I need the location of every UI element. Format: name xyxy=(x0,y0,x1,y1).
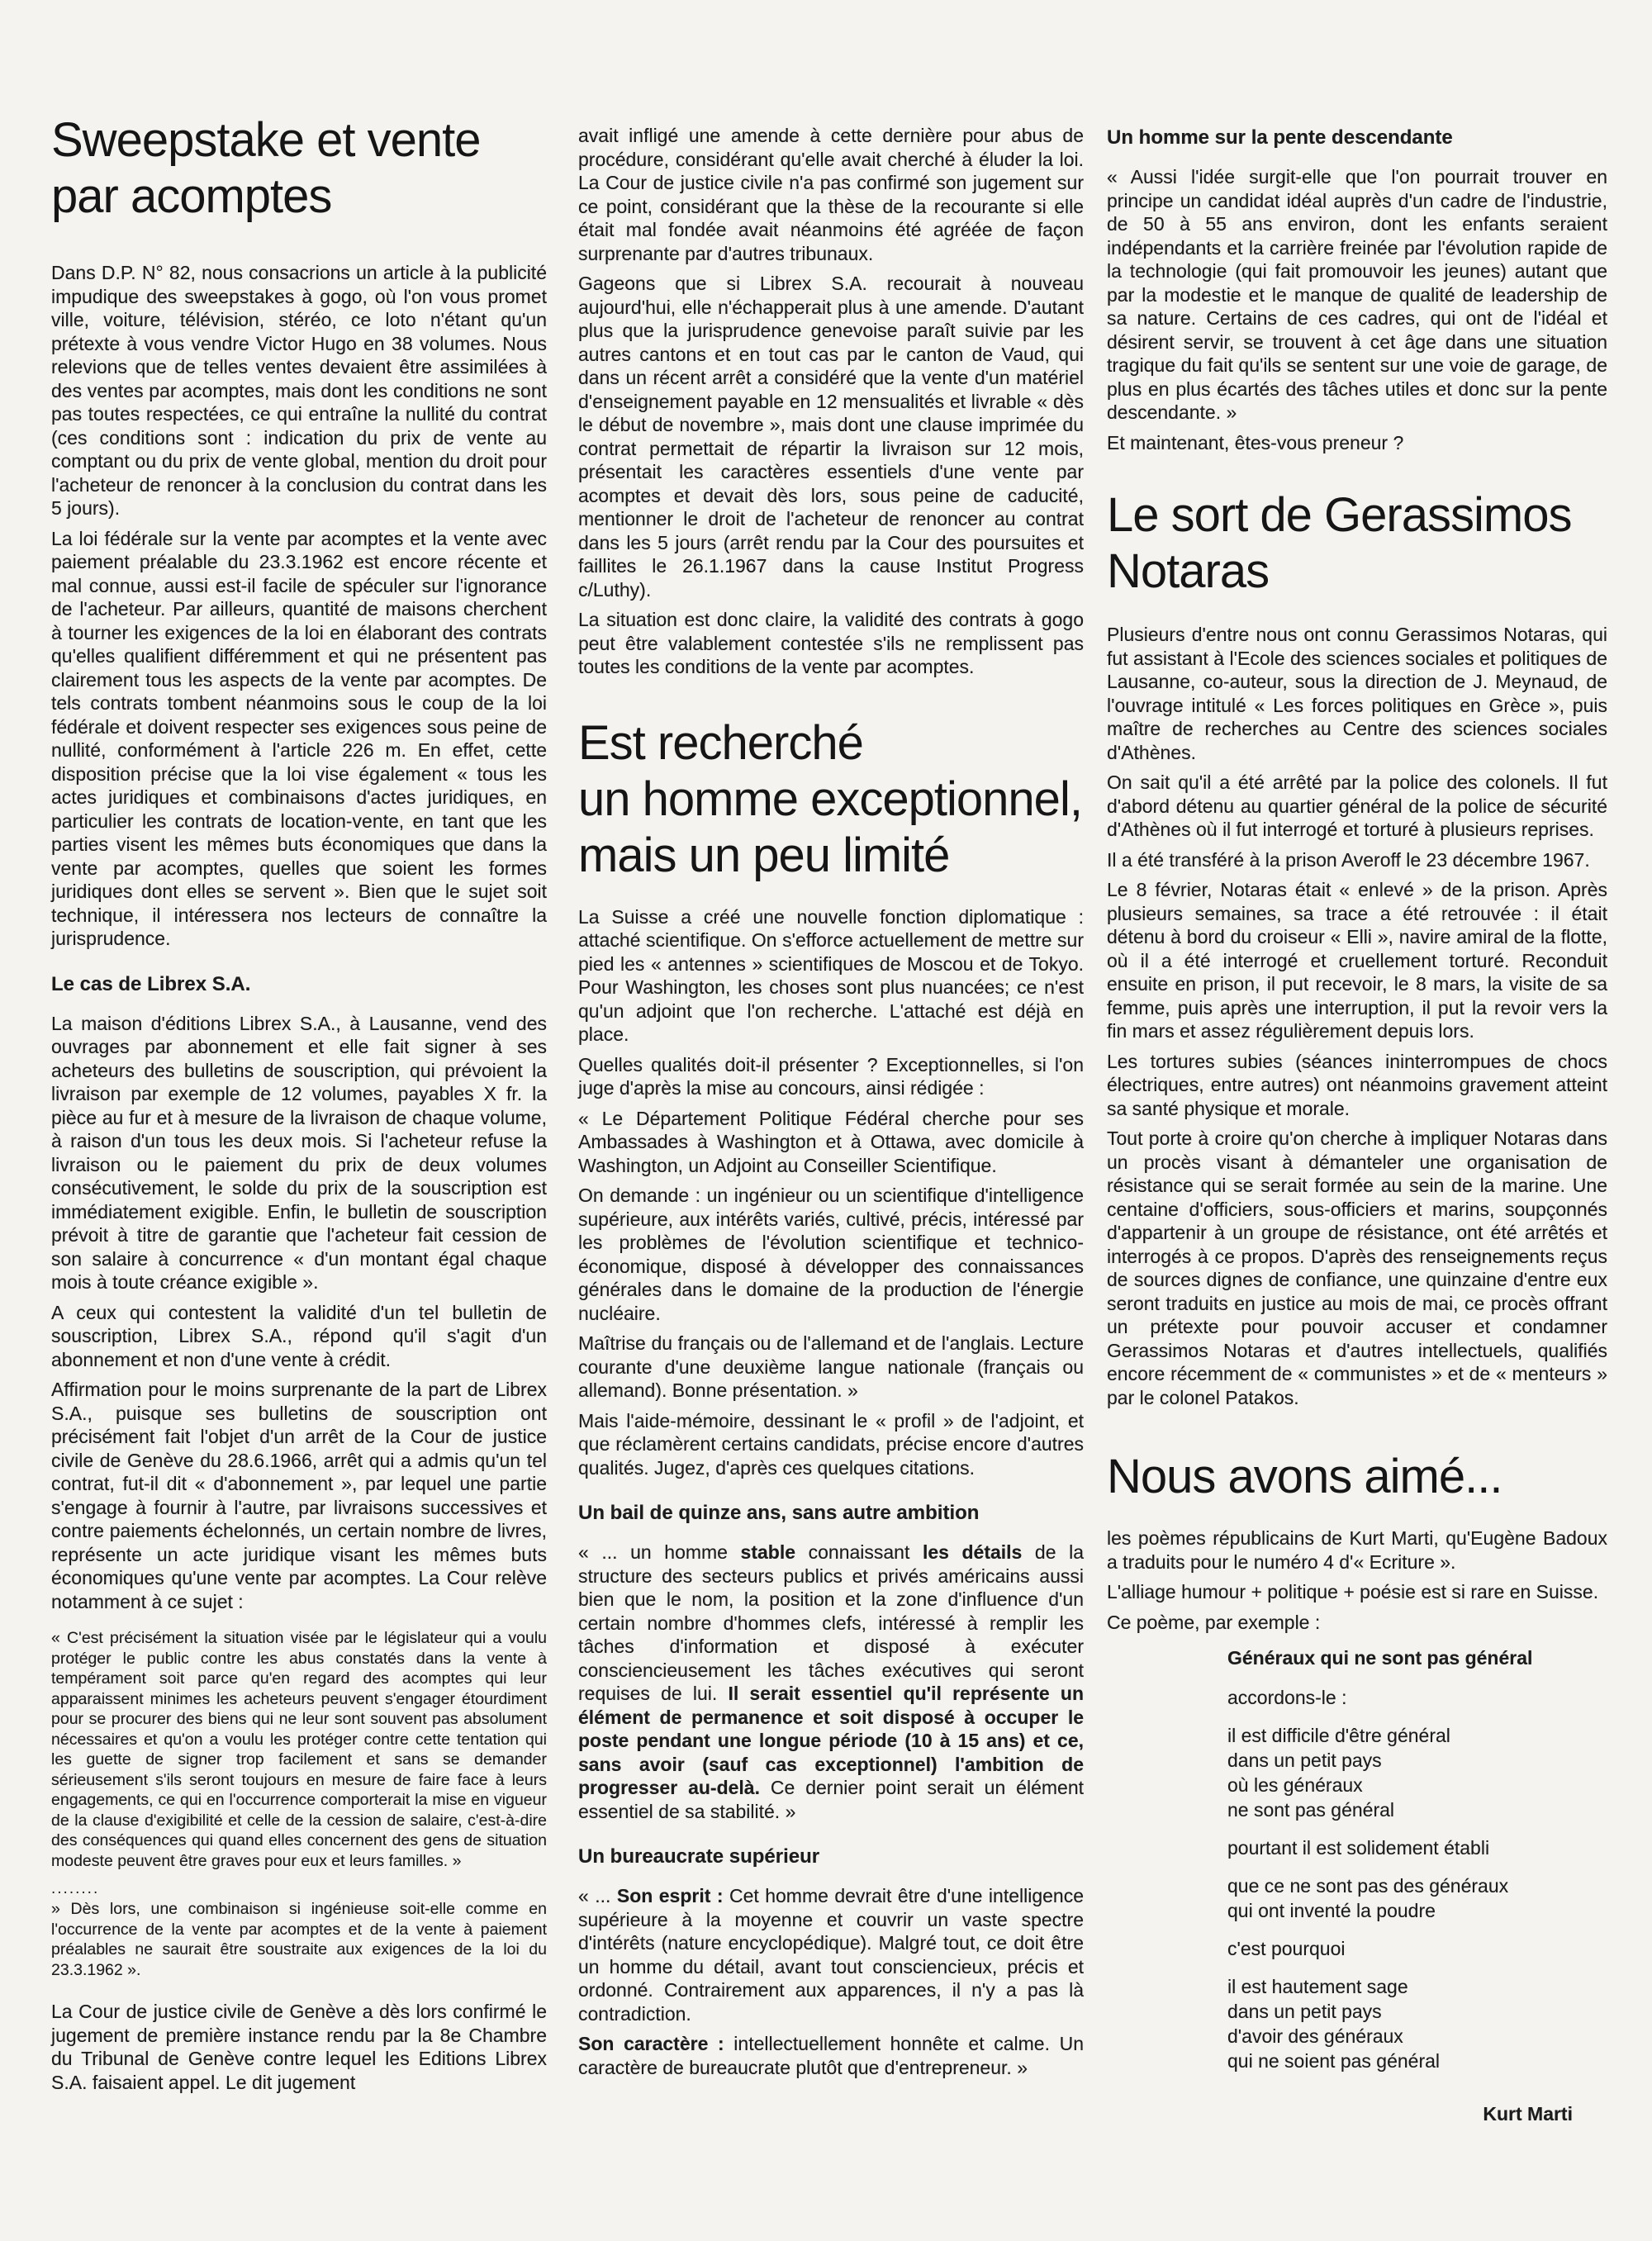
poem-line: c'est pourquoi xyxy=(1227,1936,1607,1961)
subhead-cas-librex: Le cas de Librex S.A. xyxy=(51,972,547,997)
poem-title: Généraux qui ne sont pas général xyxy=(1227,1645,1607,1670)
paragraph: Dans D.P. N° 82, nous consacrions un art… xyxy=(51,261,547,520)
poem-author: Kurt Marti xyxy=(1107,2103,1573,2125)
poem-line: qui ont inventé la poudre xyxy=(1227,1898,1607,1923)
dotted-rule: ........ xyxy=(51,1881,547,1897)
poem-line: il est difficile d'être général xyxy=(1227,1723,1607,1748)
paragraph: les poèmes républicains de Kurt Marti, q… xyxy=(1107,1526,1607,1574)
paragraph: Tout porte à croire qu'on cherche à impl… xyxy=(1107,1127,1607,1409)
paragraph: « Le Département Politique Fédéral cherc… xyxy=(578,1107,1084,1178)
paragraph: La maison d'éditions Librex S.A., à Laus… xyxy=(51,1012,547,1294)
paragraph: Plusieurs d'entre nous ont connu Gerassi… xyxy=(1107,623,1607,764)
poem-stanza: pourtant il est solidement établi xyxy=(1227,1835,1607,1860)
quote-paragraph: « ... un homme stable connaissant les dé… xyxy=(578,1541,1084,1823)
poem-stanza: accordons-le : xyxy=(1227,1685,1607,1710)
paragraph: A ceux qui contestent la validité d'un t… xyxy=(51,1301,547,1372)
quote-paragraph: « ... Son esprit : Cet homme devrait êtr… xyxy=(578,1884,1084,2025)
poem-line: accordons-le : xyxy=(1227,1685,1607,1710)
poem-line: d'avoir des généraux xyxy=(1227,2024,1607,2049)
paragraph: Ce poème, par exemple : xyxy=(1107,1611,1607,1635)
headline-nous-avons-aime: Nous avons aimé... xyxy=(1107,1449,1607,1505)
poem-line: que ce ne sont pas des généraux xyxy=(1227,1873,1607,1898)
column-2: avait infligé une amende à cette dernièr… xyxy=(578,124,1084,2086)
paragraph: On sait qu'il a été arrêté par la police… xyxy=(1107,771,1607,842)
headline-sweepstake: Sweepstake et vente par acomptes xyxy=(51,112,547,225)
paragraph: Mais l'aide-mémoire, dessinant le « prof… xyxy=(578,1409,1084,1480)
poem-stanza: il est difficile d'être général dans un … xyxy=(1227,1723,1607,1822)
paragraph: Quelles qualités doit-il présenter ? Exc… xyxy=(578,1053,1084,1100)
poem-line: ne sont pas général xyxy=(1227,1797,1607,1822)
paragraph: Et maintenant, êtes-vous preneur ? xyxy=(1107,431,1607,455)
poem-line: pourtant il est solidement établi xyxy=(1227,1835,1607,1860)
poem-stanza: que ce ne sont pas des généraux qui ont … xyxy=(1227,1873,1607,1923)
poem-line: dans un petit pays xyxy=(1227,1748,1607,1773)
paragraph: Gageons que si Librex S.A. recourait à n… xyxy=(578,272,1084,601)
poem-line: il est hautement sage xyxy=(1227,1974,1607,1999)
paragraph: On demande : un ingénieur ou un scientif… xyxy=(578,1184,1084,1325)
court-quote: « C'est précisément la situation visée p… xyxy=(51,1628,547,1871)
paragraph: La loi fédérale sur la vente par acompte… xyxy=(51,527,547,951)
paragraph: Affirmation pour le moins surprenante de… xyxy=(51,1378,547,1613)
paragraph: L'alliage humour + politique + poésie es… xyxy=(1107,1580,1607,1604)
subhead-pente-descendante: Un homme sur la pente descendante xyxy=(1107,126,1607,150)
paragraph: Le 8 février, Notaras était « enlevé » d… xyxy=(1107,878,1607,1043)
poem-line: dans un petit pays xyxy=(1227,1999,1607,2024)
poem: Généraux qui ne sont pas général accordo… xyxy=(1227,1645,1607,2073)
paragraph: Maîtrise du français ou de l'allemand et… xyxy=(578,1332,1084,1403)
poem-line: où les généraux xyxy=(1227,1773,1607,1797)
paragraph: La Suisse a créé une nouvelle fonction d… xyxy=(578,905,1084,1047)
subhead-bail: Un bail de quinze ans, sans autre ambiti… xyxy=(578,1501,1084,1526)
paragraph: Il a été transféré à la prison Averoff l… xyxy=(1107,848,1607,872)
headline-est-recherche: Est recherché un homme exceptionnel, mai… xyxy=(578,715,1084,884)
headline-notaras: Le sort de Gerassimos Notaras xyxy=(1107,487,1607,600)
column-3: Un homme sur la pente descendante « Auss… xyxy=(1107,126,1607,2125)
subhead-bureaucrate: Un bureaucrate supérieur xyxy=(578,1845,1084,1869)
paragraph: Les tortures subies (séances ininterromp… xyxy=(1107,1050,1607,1121)
paragraph: « Aussi l'idée surgit-elle que l'on pour… xyxy=(1107,165,1607,425)
poem-stanza: c'est pourquoi xyxy=(1227,1936,1607,1961)
paragraph: La Cour de justice civile de Genève a dè… xyxy=(51,2000,547,2094)
court-quote: » Dès lors, une combinaison si ingénieus… xyxy=(51,1899,547,1980)
quote-paragraph: Son caractère : intellectuellement honnê… xyxy=(578,2032,1084,2079)
poem-line: qui ne soient pas général xyxy=(1227,2049,1607,2073)
paragraph: avait infligé une amende à cette dernièr… xyxy=(578,124,1084,265)
column-1: Sweepstake et vente par acomptes Dans D.… xyxy=(51,112,547,2101)
magazine-page: Sweepstake et vente par acomptes Dans D.… xyxy=(0,0,1652,2241)
paragraph: La situation est donc claire, la validit… xyxy=(578,608,1084,679)
poem-stanza: il est hautement sage dans un petit pays… xyxy=(1227,1974,1607,2073)
